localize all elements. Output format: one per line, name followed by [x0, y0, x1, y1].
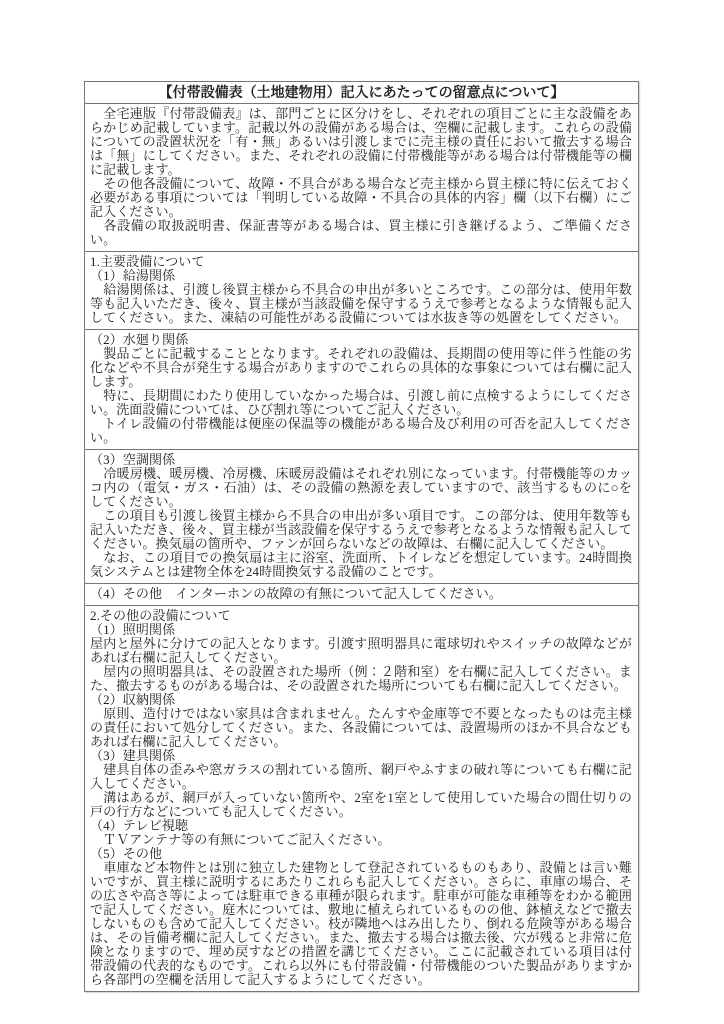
- fittings-heading: （3）建具関係: [90, 749, 632, 763]
- misc-heading: （5）その他: [90, 847, 632, 861]
- lighting-paragraph-2: 屋内の照明器具は、その設置された場所（例：２階和室）を右欄に記入してください。ま…: [90, 665, 632, 693]
- lighting-heading: （1）照明関係: [90, 623, 632, 637]
- remarks-sheet: 【付帯設備表（土地建物用）記入にあたっての留意点について】 全宅連版『付帯設備表…: [84, 81, 639, 992]
- document-title: 【付帯設備表（土地建物用）記入にあたっての留意点について】: [85, 82, 638, 104]
- air-conditioning-paragraph-1: 冷暖房機、暖房機、冷房機、床暖房設備はそれぞれ別になっています。付帯機能等のカッ…: [90, 467, 632, 509]
- section-main-other: （4）その他 インターホンの故障の有無について記入してください。: [85, 584, 638, 606]
- air-conditioning-paragraph-3: なお、この項目での換気扇は主に浴室、洗面所、トイレなどを想定しています。24時間…: [90, 551, 632, 579]
- other-equipment-heading: 2.その他の設備について: [90, 609, 632, 623]
- main-equipment-heading: 1.主要設備について: [90, 255, 632, 269]
- hot-water-heading: （1）給湯関係: [90, 269, 632, 283]
- fittings-paragraph-1: 建具自体の歪みや窓ガラスの割れている箇所、網戸やふすまの破れ等についても右欄に記…: [90, 763, 632, 791]
- air-conditioning-paragraph-2: この項目も引渡し後買主様から不具合の申出が多い項目です。この部分は、使用年数等も…: [90, 509, 632, 551]
- intro-paragraph-1: 全宅連版『付帯設備表』は、部門ごとに区分けをし、それぞれの項目ごとに主な設備をあ…: [90, 107, 632, 177]
- fittings-paragraph-2: 溝はあるが、網戸が入っていない箇所や、2室を1室として使用していた場合の間仕切り…: [90, 791, 632, 819]
- section-main-equipment-hot-water: 1.主要設備について （1）給湯関係 給湯関係は、引渡し後買主様から不具合の申出…: [85, 252, 638, 330]
- tv-paragraph-1: ＴＶアンテナ等の有無についてご記入ください。: [90, 833, 632, 847]
- storage-paragraph-1: 原則、造付けではない家具は含まれません。たんすや金庫等で不要となったものは売主様…: [90, 707, 632, 749]
- water-area-paragraph-2: 特に、長期間にわたり使用していなかった場合は、引渡し前に点検するようにしてくださ…: [90, 389, 632, 417]
- storage-heading: （2）収納関係: [90, 693, 632, 707]
- section-other-equipment: 2.その他の設備について （1）照明関係 屋内と屋外に分けての記入となります。引…: [85, 606, 638, 991]
- document-title-text: 【付帯設備表（土地建物用）記入にあたっての留意点について】: [159, 84, 565, 100]
- water-area-paragraph-3: トイレ設備の付帯機能は便座の保温等の機能がある場合及び利用の可否を記入してくださ…: [90, 417, 632, 445]
- section-water-area: （2）水廻り関係 製品ごとに記載することとなります。それぞれの設備は、長期間の使…: [85, 330, 638, 450]
- main-other-text: （4）その他 インターホンの故障の有無について記入してください。: [90, 587, 632, 601]
- lighting-paragraph-1: 屋内と屋外に分けての記入となります。引渡す照明器具に電球切れやスイッチの故障など…: [90, 637, 632, 665]
- misc-paragraph-1: 車庫など本物件とは別に独立した建物として登記されているものもあり、設備とは言い難…: [90, 861, 632, 987]
- air-conditioning-heading: （3）空調関係: [90, 453, 632, 467]
- tv-heading: （4）テレビ視聴: [90, 819, 632, 833]
- section-air-conditioning: （3）空調関係 冷暖房機、暖房機、冷房機、床暖房設備はそれぞれ別になっています。…: [85, 450, 638, 584]
- hot-water-paragraph-1: 給湯関係は、引渡し後買主様から不具合の申出が多いところです。この部分は、使用年数…: [90, 283, 632, 325]
- water-area-paragraph-1: 製品ごとに記載することとなります。それぞれの設備は、長期間の使用等に伴う性能の劣…: [90, 347, 632, 389]
- intro-section: 全宅連版『付帯設備表』は、部門ごとに区分けをし、それぞれの項目ごとに主な設備をあ…: [85, 104, 638, 252]
- water-area-heading: （2）水廻り関係: [90, 333, 632, 347]
- intro-paragraph-2: その他各設備について、故障・不具合がある場合など売主様から買主様に特に伝えておく…: [90, 177, 632, 219]
- intro-paragraph-3: 各設備の取扱説明書、保証書等がある場合は、買主様に引き継げるよう、ご準備ください…: [90, 219, 632, 247]
